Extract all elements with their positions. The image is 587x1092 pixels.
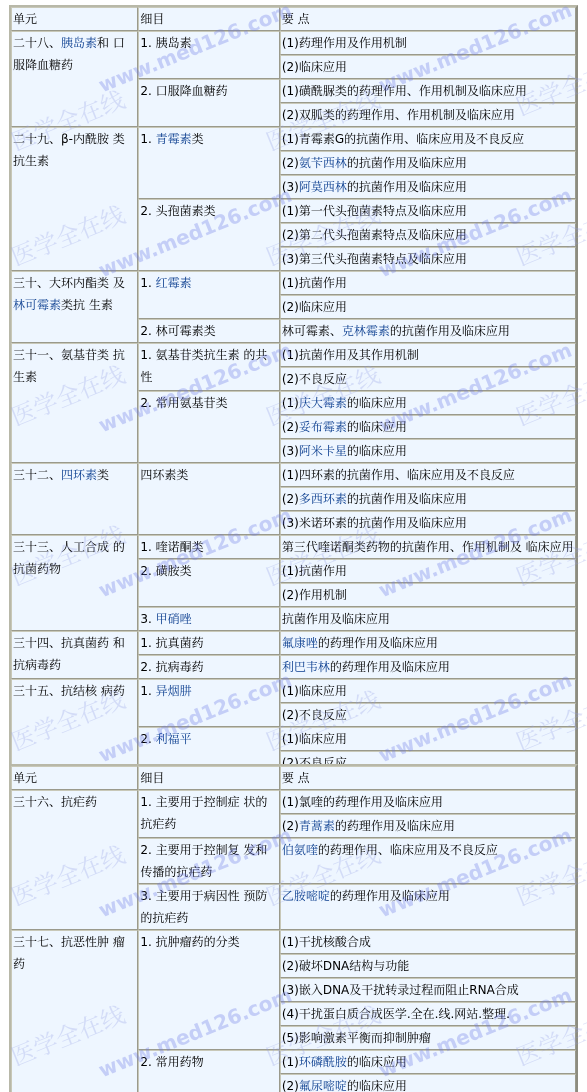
cell-text: (1)磺酰脲类的药理作用、作用机制及临床应用 bbox=[282, 84, 527, 98]
drug-link[interactable]: 利巴韦林 bbox=[282, 660, 330, 674]
table-row: 二十八、胰岛素和 口服降血糖药1. 胰岛素(1)药理作用及作用机制 bbox=[11, 31, 576, 55]
cell-text: 2. bbox=[140, 732, 155, 746]
cell-text: (1) bbox=[282, 396, 299, 410]
cell-text: (1)抗菌作用及其作用机制 bbox=[282, 348, 419, 362]
table-row: 三十一、氨基苷类 抗生素1. 氨基苷类抗生素 的共性(1)抗菌作用及其作用机制 bbox=[11, 343, 576, 367]
drug-link[interactable]: 胰岛素 bbox=[61, 36, 97, 50]
cell-text: (2)不良反应 bbox=[282, 708, 347, 722]
cell-text: 的抗菌作用及临床应用 bbox=[347, 180, 467, 194]
drug-link[interactable]: 异烟肼 bbox=[156, 684, 192, 698]
cell-text: 1. 抗肿瘤药的分类 bbox=[140, 935, 239, 949]
table-row: 三十六、抗疟药1. 主要用于控制症 状的抗疟药(1)氯喹的药理作用及临床应用 bbox=[11, 790, 576, 814]
point-cell: (2)作用机制 bbox=[280, 583, 576, 607]
point-cell: (1)氯喹的药理作用及临床应用 bbox=[280, 790, 576, 814]
cell-text: 类 bbox=[97, 468, 109, 482]
cell-text: 的抗菌作用及临床应用 bbox=[347, 156, 467, 170]
drug-link[interactable]: 氟康唑 bbox=[282, 636, 318, 650]
cell-text: 三十四、抗真菌药 和抗病毒药 bbox=[13, 636, 125, 672]
drug-link[interactable]: 红霉素 bbox=[156, 276, 192, 290]
cell-text: 二十八、 bbox=[13, 36, 61, 50]
cell-text: 2. 林可霉素类 bbox=[140, 324, 215, 338]
point-cell: (3)阿米卡星的临床应用 bbox=[280, 439, 576, 463]
detail-cell: 2. 主要用于控制复 发和传播的抗疟药 bbox=[138, 838, 280, 884]
table-row: 三十、大环内酯类 及林可霉素类抗 生素1. 红霉素(1)抗菌作用 bbox=[11, 271, 576, 295]
cell-text: (2) bbox=[282, 819, 299, 833]
point-cell: (3)阿莫西林的抗菌作用及临床应用 bbox=[280, 175, 576, 199]
cell-text: 林可霉素、 bbox=[282, 324, 342, 338]
cell-text: (2) bbox=[282, 1079, 299, 1092]
detail-cell: 2. 口服降血糖药 bbox=[138, 79, 280, 127]
point-cell: (2)青蒿素的药理作用及临床应用 bbox=[280, 814, 576, 838]
detail-cell: 1. 抗肿瘤药的分类 bbox=[138, 930, 280, 1050]
cell-text: 1. bbox=[140, 276, 155, 290]
cell-text: (3) bbox=[282, 180, 299, 194]
cell-text: (1)抗菌作用 bbox=[282, 276, 347, 290]
detail-cell: 1. 胰岛素 bbox=[138, 31, 280, 79]
header-points: 要 点 bbox=[280, 766, 576, 790]
cell-text: (4)干扰蛋白质合成医学.全在.线.网站.整理. bbox=[282, 1007, 510, 1021]
detail-cell: 1. 红霉素 bbox=[138, 271, 280, 319]
cell-text: 的药理作用及临床应用 bbox=[330, 660, 450, 674]
cell-text: 2. 口服降血糖药 bbox=[140, 84, 227, 98]
cell-text: 的药理作用及临床应用 bbox=[318, 636, 438, 650]
cell-text: 的临床应用 bbox=[347, 1079, 407, 1092]
point-cell: (1)环磷酰胺的临床应用 bbox=[280, 1050, 576, 1074]
cell-text: 的抗菌作用及临床应用 bbox=[390, 324, 510, 338]
detail-cell: 1. 喹诺酮类 bbox=[138, 535, 280, 559]
unit-cell: 二十八、胰岛素和 口服降血糖药 bbox=[11, 31, 138, 127]
drug-link[interactable]: 多西环素 bbox=[299, 492, 347, 506]
unit-cell: 三十三、人工合成 的抗菌药物 bbox=[11, 535, 138, 631]
cell-text: (2) bbox=[282, 156, 299, 170]
cell-text: (2)破坏DNA结构与功能 bbox=[282, 959, 409, 973]
drug-link[interactable]: 利福平 bbox=[156, 732, 192, 746]
unit-cell: 三十一、氨基苷类 抗生素 bbox=[11, 343, 138, 463]
syllabus-table-2: 单元细目要 点三十六、抗疟药1. 主要用于控制症 状的抗疟药(1)氯喹的药理作用… bbox=[9, 764, 578, 1092]
cell-text: (3) bbox=[282, 444, 299, 458]
drug-link[interactable]: 阿米卡星 bbox=[299, 444, 347, 458]
header-points: 要 点 bbox=[280, 7, 576, 31]
drug-link[interactable]: 氨苄西林 bbox=[299, 156, 347, 170]
cell-text: (1)氯喹的药理作用及临床应用 bbox=[282, 795, 443, 809]
cell-text: 1. bbox=[140, 132, 155, 146]
cell-text: 三十三、人工合成 的抗菌药物 bbox=[13, 540, 125, 576]
cell-text: 的抗菌作用及临床应用 bbox=[347, 492, 467, 506]
cell-text: 三十二、 bbox=[13, 468, 61, 482]
point-cell: 乙胺嘧啶的药理作用及临床应用 bbox=[280, 884, 576, 930]
cell-text: 的临床应用 bbox=[347, 396, 407, 410]
detail-cell: 四环素类 bbox=[138, 463, 280, 535]
unit-cell: 三十七、抗恶性肿 瘤药 bbox=[11, 930, 138, 1092]
point-cell: (1)临床应用 bbox=[280, 727, 576, 751]
point-cell: (5)影响激素平衡而抑制肿瘤 bbox=[280, 1026, 576, 1050]
point-cell: 第三代喹诺酮类药物的抗菌作用、作用机制及 临床应用 bbox=[280, 535, 576, 559]
cell-text: (2) bbox=[282, 492, 299, 506]
point-cell: (4)干扰蛋白质合成医学.全在.线.网站.整理. bbox=[280, 1002, 576, 1026]
drug-link[interactable]: 乙胺嘧啶 bbox=[282, 889, 330, 903]
unit-cell: 三十六、抗疟药 bbox=[11, 790, 138, 930]
cell-text: 2. 磺胺类 bbox=[140, 564, 191, 578]
cell-text: 2. 主要用于控制复 发和传播的抗疟药 bbox=[140, 843, 267, 879]
cell-text: 3. 主要用于病因性 预防的抗疟药 bbox=[140, 889, 267, 925]
point-cell: (2)临床应用 bbox=[280, 295, 576, 319]
drug-link[interactable]: 氟尿嘧啶 bbox=[299, 1079, 347, 1092]
cell-text: (3)嵌入DNA及干扰转录过程而阻止RNA合成 bbox=[282, 983, 519, 997]
point-cell: (1)磺酰脲类的药理作用、作用机制及临床应用 bbox=[280, 79, 576, 103]
point-cell: (2)临床应用 bbox=[280, 55, 576, 79]
detail-cell: 2. 常用氨基苷类 bbox=[138, 391, 280, 463]
point-cell: (2)双胍类的药理作用、作用机制及临床应用 bbox=[280, 103, 576, 127]
cell-text: 的临床应用 bbox=[347, 1055, 407, 1069]
detail-cell: 3. 甲硝唑 bbox=[138, 607, 280, 631]
cell-text: (3)米诺环素的抗菌作用及临床应用 bbox=[282, 516, 467, 530]
cell-text: (1)药理作用及作用机制 bbox=[282, 36, 407, 50]
cell-text: (1) bbox=[282, 1055, 299, 1069]
syllabus-table-1: 单元细目要 点二十八、胰岛素和 口服降血糖药1. 胰岛素(1)药理作用及作用机制… bbox=[9, 5, 578, 801]
cell-text: 1. 抗真菌药 bbox=[140, 636, 203, 650]
drug-link[interactable]: 青蒿素 bbox=[299, 819, 335, 833]
cell-text: 三十五、抗结核 病药 bbox=[13, 684, 125, 698]
point-cell: (2)氟尿嘧啶的临床应用 bbox=[280, 1074, 576, 1092]
cell-text: (3)第三代头孢菌素特点及临床应用 bbox=[282, 252, 467, 266]
cell-text: 2. 抗病毒药 bbox=[140, 660, 203, 674]
cell-text: (2)不良反应 bbox=[282, 372, 347, 386]
point-cell: (2)第二代头孢菌素特点及临床应用 bbox=[280, 223, 576, 247]
header-detail: 细目 bbox=[138, 7, 280, 31]
point-cell: (3)米诺环素的抗菌作用及临床应用 bbox=[280, 511, 576, 535]
drug-link[interactable]: 林可霉素 bbox=[13, 298, 61, 312]
table-row: 二十九、β-内酰胺 类抗生素1. 青霉素类(1)青霉素G的抗菌作用、临床应用及不… bbox=[11, 127, 576, 151]
detail-cell: 2. 常用药物 bbox=[138, 1050, 280, 1092]
point-cell: (2)不良反应 bbox=[280, 703, 576, 727]
cell-text: 第三代喹诺酮类药物的抗菌作用、作用机制及 临床应用 bbox=[282, 540, 574, 554]
cell-text: 类 bbox=[192, 132, 204, 146]
drug-link[interactable]: 四环素 bbox=[61, 468, 97, 482]
detail-cell: 2. 林可霉素类 bbox=[138, 319, 280, 343]
cell-text: (2)双胍类的药理作用、作用机制及临床应用 bbox=[282, 108, 515, 122]
point-cell: (3)第三代头孢菌素特点及临床应用 bbox=[280, 247, 576, 271]
header-unit: 单元 bbox=[11, 7, 138, 31]
cell-text: 2. 头孢菌素类 bbox=[140, 204, 215, 218]
unit-cell: 三十二、四环素类 bbox=[11, 463, 138, 535]
point-cell: (2)破坏DNA结构与功能 bbox=[280, 954, 576, 978]
point-cell: (2)氨苄西林的抗菌作用及临床应用 bbox=[280, 151, 576, 175]
cell-text: 抗菌作用及临床应用 bbox=[282, 612, 390, 626]
drug-link[interactable]: 庆大霉素 bbox=[299, 396, 347, 410]
drug-link[interactable]: 克林霉素 bbox=[342, 324, 390, 338]
unit-cell: 二十九、β-内酰胺 类抗生素 bbox=[11, 127, 138, 271]
table-row: 三十三、人工合成 的抗菌药物1. 喹诺酮类第三代喹诺酮类药物的抗菌作用、作用机制… bbox=[11, 535, 576, 559]
detail-cell: 1. 抗真菌药 bbox=[138, 631, 280, 655]
cell-text: 三十、大环内酯类 及 bbox=[13, 276, 125, 290]
table-row: 三十四、抗真菌药 和抗病毒药1. 抗真菌药氟康唑的药理作用及临床应用 bbox=[11, 631, 576, 655]
cell-text: 1. 主要用于控制症 状的抗疟药 bbox=[140, 795, 267, 831]
drug-link[interactable]: 青霉素 bbox=[156, 132, 192, 146]
cell-text: (1)临床应用 bbox=[282, 732, 347, 746]
cell-text: (1)临床应用 bbox=[282, 684, 347, 698]
drug-link[interactable]: 甲硝唑 bbox=[156, 612, 192, 626]
cell-text: (2)临床应用 bbox=[282, 60, 347, 74]
cell-text: 的临床应用 bbox=[347, 444, 407, 458]
point-cell: (1)四环素的抗菌作用、临床应用及不良反应 bbox=[280, 463, 576, 487]
point-cell: 抗菌作用及临床应用 bbox=[280, 607, 576, 631]
cell-text: 1. 喹诺酮类 bbox=[140, 540, 203, 554]
cell-text: 1. 氨基苷类抗生素 的共性 bbox=[140, 348, 267, 384]
point-cell: (1)庆大霉素的临床应用 bbox=[280, 391, 576, 415]
header-row: 单元细目要 点 bbox=[11, 766, 576, 790]
point-cell: (1)干扰核酸合成 bbox=[280, 930, 576, 954]
drug-link[interactable]: 环磷酰胺 bbox=[299, 1055, 347, 1069]
cell-text: 的药理作用及临床应用 bbox=[335, 819, 455, 833]
cell-text: (1)干扰核酸合成 bbox=[282, 935, 371, 949]
cell-text: 的药理作用及临床应用 bbox=[330, 889, 450, 903]
point-cell: 林可霉素、克林霉素的抗菌作用及临床应用 bbox=[280, 319, 576, 343]
cell-text: (1)第一代头孢菌素特点及临床应用 bbox=[282, 204, 467, 218]
drug-link[interactable]: 伯氨喹 bbox=[282, 843, 318, 857]
cell-text: (2)第二代头孢菌素特点及临床应用 bbox=[282, 228, 467, 242]
cell-text: 1. bbox=[140, 684, 155, 698]
cell-text: (1)四环素的抗菌作用、临床应用及不良反应 bbox=[282, 468, 515, 482]
cell-text: 类抗 生素 bbox=[61, 298, 113, 312]
detail-cell: 1. 氨基苷类抗生素 的共性 bbox=[138, 343, 280, 391]
header-unit: 单元 bbox=[11, 766, 138, 790]
detail-cell: 2. 头孢菌素类 bbox=[138, 199, 280, 271]
header-detail: 细目 bbox=[138, 766, 280, 790]
point-cell: 伯氨喹的药理作用、临床应用及不良反应 bbox=[280, 838, 576, 884]
table-row: 三十五、抗结核 病药1. 异烟肼(1)临床应用 bbox=[11, 679, 576, 703]
cell-text: 2. 常用氨基苷类 bbox=[140, 396, 227, 410]
table-row: 三十七、抗恶性肿 瘤药1. 抗肿瘤药的分类(1)干扰核酸合成 bbox=[11, 930, 576, 954]
point-cell: (1)抗菌作用 bbox=[280, 559, 576, 583]
cell-text: (2)作用机制 bbox=[282, 588, 347, 602]
cell-text: 三十七、抗恶性肿 瘤药 bbox=[13, 935, 125, 971]
detail-cell: 3. 主要用于病因性 预防的抗疟药 bbox=[138, 884, 280, 930]
point-cell: (1)药理作用及作用机制 bbox=[280, 31, 576, 55]
cell-text: (1)青霉素G的抗菌作用、临床应用及不良反应 bbox=[282, 132, 524, 146]
cell-text: 2. 常用药物 bbox=[140, 1055, 203, 1069]
point-cell: (2)不良反应 bbox=[280, 367, 576, 391]
table-row: 三十二、四环素类四环素类(1)四环素的抗菌作用、临床应用及不良反应 bbox=[11, 463, 576, 487]
point-cell: (1)抗菌作用及其作用机制 bbox=[280, 343, 576, 367]
cell-text: 二十九、β-内酰胺 类抗生素 bbox=[13, 132, 125, 168]
cell-text: 三十一、氨基苷类 抗生素 bbox=[13, 348, 125, 384]
cell-text: (5)影响激素平衡而抑制肿瘤 bbox=[282, 1031, 431, 1045]
cell-text: 三十六、抗疟药 bbox=[13, 795, 97, 809]
drug-link[interactable]: 妥布霉素 bbox=[299, 420, 347, 434]
detail-cell: 1. 主要用于控制症 状的抗疟药 bbox=[138, 790, 280, 838]
header-row: 单元细目要 点 bbox=[11, 7, 576, 31]
point-cell: 氟康唑的药理作用及临床应用 bbox=[280, 631, 576, 655]
unit-cell: 三十、大环内酯类 及林可霉素类抗 生素 bbox=[11, 271, 138, 343]
detail-cell: 2. 抗病毒药 bbox=[138, 655, 280, 679]
detail-cell: 1. 异烟肼 bbox=[138, 679, 280, 727]
unit-cell: 三十四、抗真菌药 和抗病毒药 bbox=[11, 631, 138, 679]
point-cell: 利巴韦林的药理作用及临床应用 bbox=[280, 655, 576, 679]
cell-text: 四环素类 bbox=[140, 468, 188, 482]
drug-link[interactable]: 阿莫西林 bbox=[299, 180, 347, 194]
cell-text: 1. 胰岛素 bbox=[140, 36, 191, 50]
cell-text: (2)临床应用 bbox=[282, 300, 347, 314]
point-cell: (2)妥布霉素的临床应用 bbox=[280, 415, 576, 439]
cell-text: (1)抗菌作用 bbox=[282, 564, 347, 578]
cell-text: (2) bbox=[282, 420, 299, 434]
cell-text: 的药理作用、临床应用及不良反应 bbox=[318, 843, 498, 857]
point-cell: (1)青霉素G的抗菌作用、临床应用及不良反应 bbox=[280, 127, 576, 151]
cell-text: 3. bbox=[140, 612, 155, 626]
point-cell: (1)抗菌作用 bbox=[280, 271, 576, 295]
point-cell: (1)第一代头孢菌素特点及临床应用 bbox=[280, 199, 576, 223]
cell-text: 的临床应用 bbox=[347, 420, 407, 434]
point-cell: (2)多西环素的抗菌作用及临床应用 bbox=[280, 487, 576, 511]
point-cell: (1)临床应用 bbox=[280, 679, 576, 703]
point-cell: (3)嵌入DNA及干扰转录过程而阻止RNA合成 bbox=[280, 978, 576, 1002]
detail-cell: 2. 磺胺类 bbox=[138, 559, 280, 607]
detail-cell: 1. 青霉素类 bbox=[138, 127, 280, 199]
